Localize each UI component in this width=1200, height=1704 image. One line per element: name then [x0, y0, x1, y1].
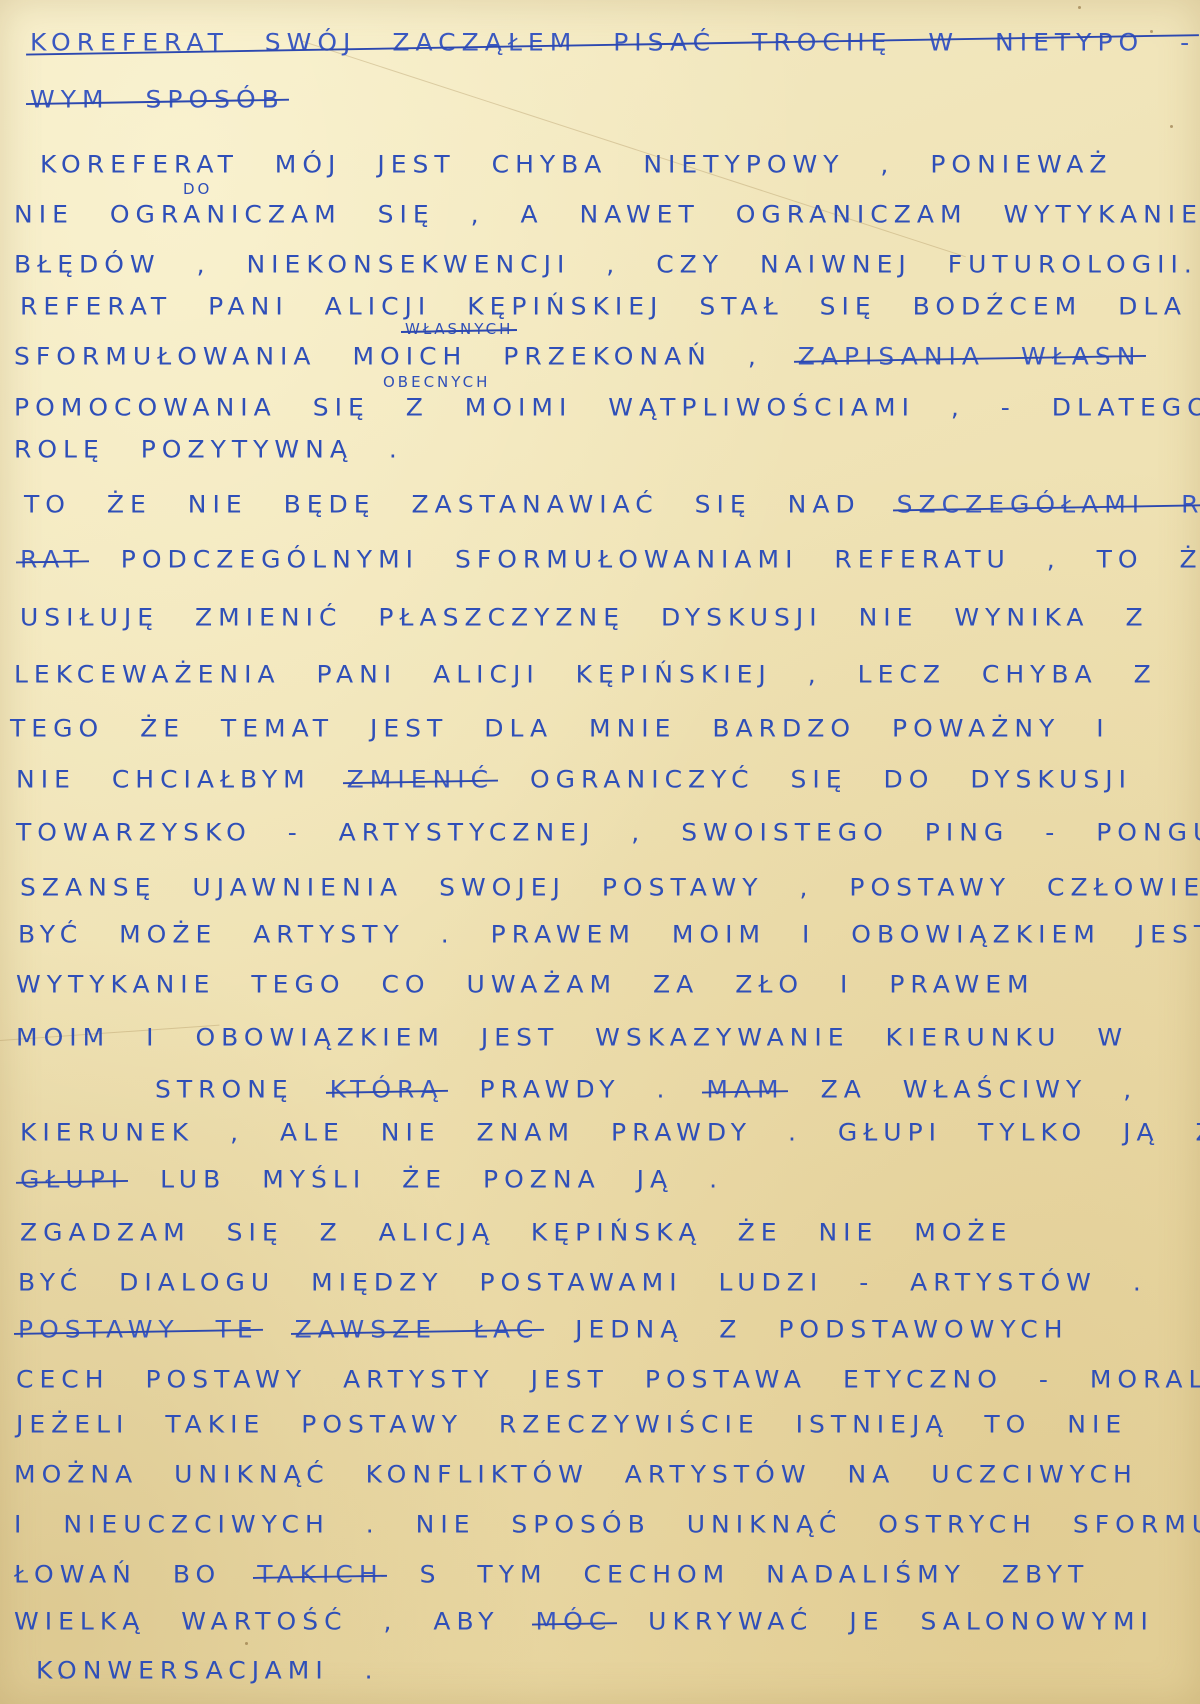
line-text: STRONĘ — [155, 1076, 294, 1104]
line-text: SFORMUŁOWANIA MOICH PRZEKONAŃ , — [14, 343, 762, 371]
line-text: JEDNĄ Z PODSTAWOWYCH — [575, 1316, 1068, 1344]
line-text: BYĆ MOŻE ARTYSTY . PRAWEM MOIM I OBOWIĄZ… — [18, 921, 1200, 949]
manuscript-line: BYĆ DIALOGU MIĘDZY POSTAWAMI LUDZI - ART… — [18, 1269, 1147, 1297]
manuscript-line: NIE CHCIAŁBYM ZMIENIĆ OGRANICZYĆ SIĘ DO … — [16, 766, 1132, 794]
line-text: S TYM CECHOM NADALIŚMY ZBYT — [420, 1561, 1090, 1589]
line-text: JEŻELI TAKIE POSTAWY RZECZYWIŚCIE ISTNIE… — [16, 1411, 1127, 1439]
line-text: BYĆ DIALOGU MIĘDZY POSTAWAMI LUDZI - ART… — [18, 1269, 1147, 1297]
manuscript-line: RAT PODCZEGÓLNYMI SFORMUŁOWANIAMI REFERA… — [20, 546, 1200, 574]
line-text: MOŻNA UNIKNĄĆ KONFLIKTÓW ARTYSTÓW NA UCZ… — [14, 1461, 1138, 1489]
inserted-struck-word: WŁASNYCH — [405, 320, 513, 338]
line-text: KOREFERAT MÓJ JEST CHYBA NIETYPOWY , PON… — [40, 151, 1113, 179]
line-text: TOWARZYSKO - ARTYSTYCZNEJ , SWOISTEGO PI… — [16, 819, 1200, 847]
line-text: MOIM I OBOWIĄZKIEM JEST WSKAZYWANIE KIER… — [16, 1024, 1128, 1052]
manuscript-page: KOREFERAT SWÓJ ZACZĄŁEM PISAĆ TROCHĘ W N… — [0, 0, 1200, 1704]
line-text: USIŁUJĘ ZMIENIĆ PŁASZCZYZNĘ DYSKUSJI NIE… — [20, 604, 1149, 632]
struck-text: ZMIENIĆ — [347, 766, 494, 794]
manuscript-line: WIELKĄ WARTOŚĆ , ABY MÓC UKRYWAĆ JE SALO… — [14, 1608, 1154, 1636]
line-text: TEGO ŻE TEMAT JEST DLA MNIE BARDZO POWAŻ… — [10, 715, 1110, 743]
manuscript-line: POSTAWY TE ZAWSZE ŁAC JEDNĄ Z PODSTAWOWY… — [18, 1316, 1069, 1344]
manuscript-line: BŁĘDÓW , NIEKONSEKWENCJI , CZY NAIWNEJ F… — [14, 251, 1198, 279]
line-text: LUB MYŚLI ŻE POZNA JĄ . — [160, 1166, 723, 1194]
struck-text: RAT — [20, 546, 85, 574]
line-text: CECH POSTAWY ARTYSTY JEST POSTAWA ETYCZN… — [16, 1366, 1200, 1394]
manuscript-line: STRONĘ KTÓRĄ PRAWDY . MAM ZA WŁAŚCIWY , — [155, 1076, 1137, 1104]
line-text: ŁOWAŃ BO — [14, 1561, 221, 1589]
struck-text: SZCZEGÓŁAMI REFE - — [897, 491, 1200, 519]
manuscript-line: SZANSĘ UJAWNIENIA SWOJEJ POSTAWY , POSTA… — [20, 874, 1200, 902]
struck-text: GŁUPI — [20, 1166, 124, 1194]
manuscript-line: POMOCOWANIA SIĘ Z MOIMI WĄTPLIWOŚCIAMI ,… — [14, 394, 1200, 422]
manuscript-line: REFERAT PANI ALICJI KĘPIŃSKIEJ STAŁ SIĘ … — [20, 293, 1187, 321]
struck-text: KTÓRĄ — [330, 1076, 444, 1104]
manuscript-line: MOIM I OBOWIĄZKIEM JEST WSKAZYWANIE KIER… — [16, 1024, 1128, 1052]
line-text: OGRANICZYĆ SIĘ DO DYSKUSJI — [530, 766, 1132, 794]
line-text: PRAWDY . — [479, 1076, 670, 1104]
manuscript-line: KOREFERAT SWÓJ ZACZĄŁEM PISAĆ TROCHĘ W N… — [30, 29, 1195, 57]
manuscript-line: ŁOWAŃ BO TAKICH S TYM CECHOM NADALIŚMY Z… — [14, 1561, 1089, 1589]
manuscript-line: MOŻNA UNIKNĄĆ KONFLIKTÓW ARTYSTÓW NA UCZ… — [14, 1461, 1138, 1489]
manuscript-line: I NIEUCZCIWYCH . NIE SPOSÓB UNIKNĄĆ OSTR… — [14, 1511, 1200, 1539]
line-text: KIERUNEK , ALE NIE ZNAM PRAWDY . GŁUPI T… — [20, 1119, 1200, 1147]
line-text: WYTYKANIE TEGO CO UWAŻAM ZA ZŁO I PRAWEM — [16, 971, 1035, 999]
manuscript-line: TEGO ŻE TEMAT JEST DLA MNIE BARDZO POWAŻ… — [10, 715, 1110, 743]
line-text: UKRYWAĆ JE SALONOWYMI — [648, 1608, 1154, 1636]
manuscript-line: GŁUPI LUB MYŚLI ŻE POZNA JĄ . — [20, 1166, 723, 1194]
struck-text: KOREFERAT SWÓJ ZACZĄŁEM PISAĆ TROCHĘ W N… — [30, 29, 1195, 57]
manuscript-line: NIE OGRANICZAM SIĘ , A NAWET OGRANICZAM … — [14, 201, 1200, 229]
struck-text: MAM — [706, 1076, 784, 1104]
manuscript-line: SFORMUŁOWANIA MOICH PRZEKONAŃ , ZAPISANI… — [14, 343, 1141, 371]
line-text: LEKCEWAŻENIA PANI ALICJI KĘPIŃSKIEJ , LE… — [14, 661, 1157, 689]
struck-text: TAKICH — [257, 1561, 383, 1589]
line-text: POMOCOWANIA SIĘ Z MOIMI WĄTPLIWOŚCIAMI ,… — [14, 394, 1200, 422]
manuscript-line: WYTYKANIE TEGO CO UWAŻAM ZA ZŁO I PRAWEM — [16, 971, 1035, 999]
manuscript-line: KOREFERAT MÓJ JEST CHYBA NIETYPOWY , PON… — [40, 151, 1113, 179]
inserted-word: OBECNYCH — [383, 373, 490, 391]
line-text: REFERAT PANI ALICJI KĘPIŃSKIEJ STAŁ SIĘ … — [20, 293, 1187, 321]
manuscript-line: TOWARZYSKO - ARTYSTYCZNEJ , SWOISTEGO PI… — [16, 819, 1200, 847]
line-text: ZGADZAM SIĘ Z ALICJĄ KĘPIŃSKĄ ŻE NIE MOŻ… — [20, 1219, 1012, 1247]
manuscript-line: JEŻELI TAKIE POSTAWY RZECZYWIŚCIE ISTNIE… — [16, 1411, 1127, 1439]
manuscript-line: ROLĘ POZYTYWNĄ . — [14, 436, 403, 464]
struck-text: ZAPISANIA WŁASN — [798, 343, 1142, 371]
manuscript-line: KIERUNEK , ALE NIE ZNAM PRAWDY . GŁUPI T… — [20, 1119, 1200, 1147]
manuscript-line: ZGADZAM SIĘ Z ALICJĄ KĘPIŃSKĄ ŻE NIE MOŻ… — [20, 1219, 1012, 1247]
line-text: ROLĘ POZYTYWNĄ . — [14, 436, 403, 464]
paper-speck — [245, 1642, 248, 1645]
line-text: PODCZEGÓLNYMI SFORMUŁOWANIAMI REFERATU ,… — [121, 546, 1200, 574]
inserted-word: DO — [183, 180, 212, 198]
manuscript-line: USIŁUJĘ ZMIENIĆ PŁASZCZYZNĘ DYSKUSJI NIE… — [20, 604, 1149, 632]
struck-text: MÓC — [536, 1608, 613, 1636]
manuscript-line: LEKCEWAŻENIA PANI ALICJI KĘPIŃSKIEJ , LE… — [14, 661, 1157, 689]
struck-text: ZAWSZE ŁAC — [295, 1316, 540, 1344]
struck-text: WYM SPOSÓB — [30, 86, 285, 114]
line-text: NIE CHCIAŁBYM — [16, 766, 311, 794]
line-text: BŁĘDÓW , NIEKONSEKWENCJI , CZY NAIWNEJ F… — [14, 251, 1198, 279]
line-text: ZA WŁAŚCIWY , — [821, 1076, 1138, 1104]
line-text: TO ŻE NIE BĘDĘ ZASTANAWIAĆ SIĘ NAD — [24, 491, 861, 519]
manuscript-line: TO ŻE NIE BĘDĘ ZASTANAWIAĆ SIĘ NAD SZCZE… — [24, 491, 1200, 519]
manuscript-line: WYM SPOSÓB — [30, 86, 285, 114]
manuscript-line: CECH POSTAWY ARTYSTY JEST POSTAWA ETYCZN… — [16, 1366, 1200, 1394]
struck-text: POSTAWY TE — [18, 1316, 259, 1344]
paper-speck — [1170, 125, 1173, 128]
paper-speck — [1078, 6, 1081, 9]
line-text: I NIEUCZCIWYCH . NIE SPOSÓB UNIKNĄĆ OSTR… — [14, 1511, 1200, 1539]
line-text: NIE OGRANICZAM SIĘ , A NAWET OGRANICZAM … — [14, 201, 1200, 229]
line-text: SZANSĘ UJAWNIENIA SWOJEJ POSTAWY , POSTA… — [20, 874, 1200, 902]
manuscript-line: KONWERSACJAMI . — [36, 1657, 379, 1685]
line-text: WIELKĄ WARTOŚĆ , ABY — [14, 1608, 500, 1636]
manuscript-line: BYĆ MOŻE ARTYSTY . PRAWEM MOIM I OBOWIĄZ… — [18, 921, 1200, 949]
line-text: KONWERSACJAMI . — [36, 1657, 379, 1685]
